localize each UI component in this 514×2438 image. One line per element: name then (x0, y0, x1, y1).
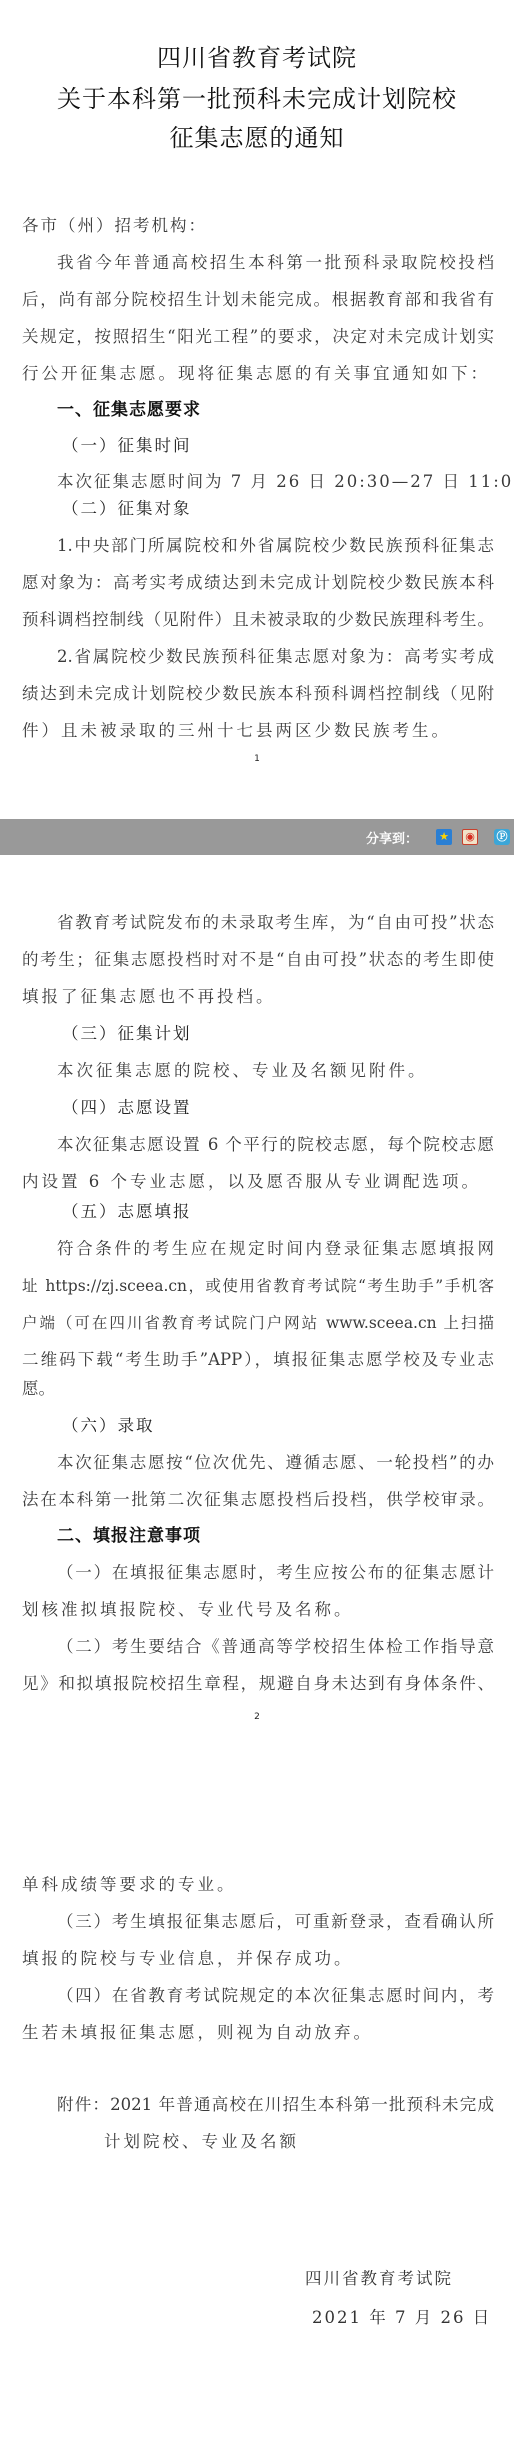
paragraph-line: 法在本科第一批第二次征集志愿投档后投档，供学校审录。 (22, 1488, 494, 1512)
subsection-heading: （三）征集计划 (62, 1022, 192, 1046)
paragraph-line: （四）在省教育考试院规定的本次征集志愿时间内，考 (57, 1984, 494, 2008)
salutation: 各市（州）招考机构： (22, 214, 494, 238)
paragraph-line: 填报的院校与专业信息，并保存成功。 (22, 1947, 494, 1971)
paragraph-line: 划核准拟填报院校、专业代号及名称。 (22, 1598, 494, 1622)
paragraph-line: 2.省属院校少数民族预科征集志愿对象为：高考实考成 (57, 645, 494, 669)
paragraph-line: 本次征集志愿设置 6 个平行的院校志愿，每个院校志愿 (57, 1133, 494, 1157)
paragraph-line: 愿。 (22, 1377, 494, 1401)
attachment-line: 附件：2021 年普通高校在川招生本科第一批预科未完成 (57, 2093, 494, 2117)
paragraph-line: （一）在填报征集志愿时，考生应按公布的征集志愿计 (57, 1561, 494, 1585)
pengyou-icon[interactable]: Ⓟ (494, 829, 510, 845)
paragraph-line: 的考生；征集志愿投档时对不是“自由可投”状态的考生即使 (22, 948, 494, 972)
paragraph-line: 址 https://zj.sceea.cn，或使用省教育考试院“考生助手”手机客 (22, 1274, 494, 1298)
paragraph-line: 见》和拟填报院校招生章程，规避自身未达到有身体条件、 (22, 1672, 494, 1696)
attachment-line: 计划院校、专业及名额 (104, 2130, 494, 2154)
subsection-heading: （四）志愿设置 (62, 1096, 192, 1120)
paragraph-line: 件）且未被录取的三州十七县两区少数民族考生。 (22, 719, 494, 743)
paragraph-line: 符合条件的考生应在规定时间内登录征集志愿填报网 (57, 1237, 494, 1261)
paragraph-line: 填报了征集志愿也不再投档。 (22, 985, 494, 1009)
intro-line: 行公开征集志愿。现将征集志愿的有关事宜通知如下： (22, 362, 494, 386)
intro-line: 我省今年普通高校招生本科第一批预科录取院校投档 (57, 251, 494, 275)
doc-title-line2: 关于本科第一批预科未完成计划院校 (0, 79, 514, 119)
share-label: 分享到： (366, 828, 418, 847)
paragraph-line: 本次征集志愿按“位次优先、遵循志愿、一轮投档”的办 (57, 1451, 494, 1475)
intro-line: 后，尚有部分院校招生计划未能完成。根据教育部和我省有 (22, 288, 494, 312)
subsection-heading: （六）录取 (62, 1414, 155, 1438)
paragraph-line: 内设置 6 个专业志愿，以及愿否服从专业调配选项。 (22, 1170, 494, 1194)
subsection-heading: （五）志愿填报 (62, 1200, 192, 1224)
qzone-icon[interactable]: ★ (436, 829, 452, 845)
page-number: 1 (0, 754, 514, 764)
signature-date: 2021 年 7 月 26 日 (312, 2306, 491, 2330)
doc-title-line1: 四川省教育考试院 (0, 38, 514, 78)
paragraph-line: 预科调档控制线（见附件）且未被录取的少数民族理科考生。 (22, 608, 494, 632)
paragraph-line: 绩达到未完成计划院校少数民族本科预科调档控制线（见附 (22, 682, 494, 706)
section-heading: 一、征集志愿要求 (57, 398, 201, 422)
paragraph-line: 单科成绩等要求的专业。 (22, 1873, 494, 1897)
paragraph-line: 省教育考试院发布的未录取考生库，为“自由可投”状态 (57, 911, 494, 935)
paragraph-line: 本次征集志愿时间为 7 月 26 日 20:30—27 日 11:00。 (57, 470, 494, 494)
paragraph-line: 生若未填报征集志愿，则视为自动放弃。 (22, 2021, 494, 2045)
weibo-icon[interactable]: ◉ (462, 829, 478, 845)
doc-title-line3: 征集志愿的通知 (0, 118, 514, 158)
page-number: 2 (0, 1712, 514, 1722)
paragraph-line: （二）考生要结合《普通高等学校招生体检工作指导意 (57, 1635, 494, 1659)
paragraph-line: 愿对象为：高考实考成绩达到未完成计划院校少数民族本科 (22, 571, 494, 595)
share-bar: 分享到： ★ ◉ Ⓟ (0, 819, 514, 855)
intro-line: 关规定，按照招生“阳光工程”的要求，决定对未完成计划实 (22, 325, 494, 349)
paragraph-line: 1.中央部门所属院校和外省属院校少数民族预科征集志 (57, 534, 494, 558)
paragraph-line: （三）考生填报征集志愿后，可重新登录，查看确认所 (57, 1910, 494, 1934)
paragraph-line: 二维码下载“考生助手”APP），填报征集志愿学校及专业志 (22, 1348, 494, 1372)
paragraph-line: 本次征集志愿的院校、专业及名额见附件。 (57, 1059, 494, 1083)
paragraph-line: 户端（可在四川省教育考试院门户网站 www.sceea.cn 上扫描 (22, 1311, 494, 1335)
subsection-heading: （一）征集时间 (62, 434, 192, 458)
section-heading: 二、填报注意事项 (57, 1524, 201, 1548)
signature-org: 四川省教育考试院 (305, 2267, 453, 2291)
subsection-heading: （二）征集对象 (62, 497, 192, 521)
